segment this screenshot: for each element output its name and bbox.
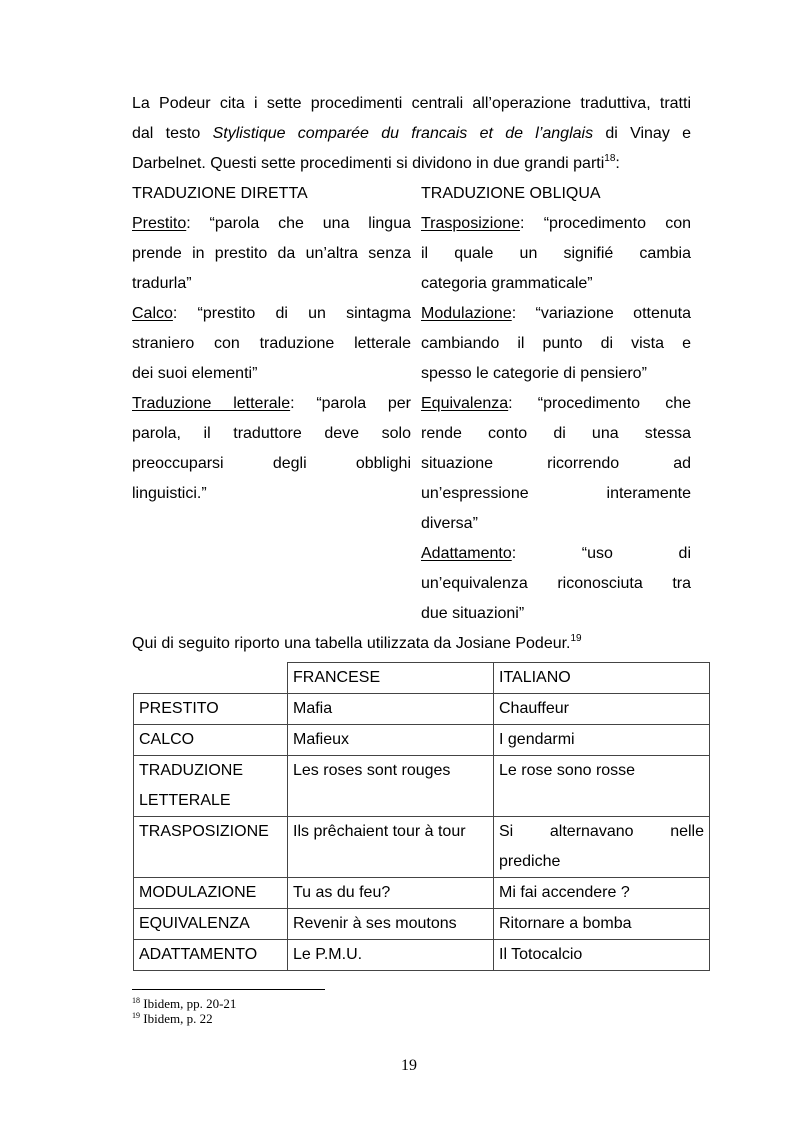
cell-italiano: Ritornare a bomba [494,909,710,940]
term-equivalenza: Equivalenza [421,395,508,412]
heading-traduzione-obliqua: TRADUZIONE OBLIQUA [421,184,691,204]
intro-text-3: Darbelnet. Questi sette procedimenti si … [132,155,604,172]
equivalenza-line-5: diversa” [421,514,691,534]
heading-traduzione-diretta: TRADUZIONE DIRETTA [132,184,411,204]
prestito-line-3: tradurla” [132,274,411,294]
equivalenza-line-3: situazione ricorrendo ad [421,454,691,474]
header-cell-italiano: ITALIANO [494,663,710,694]
cell-italiano: I gendarmi [494,725,710,756]
cell-francese: Tu as du feu? [288,878,494,909]
adattamento-line-2: un’equivalenza riconosciuta tra [421,574,691,594]
term-adattamento: Adattamento [421,545,512,562]
footnote-ref-18[interactable]: 18 [604,153,615,164]
cell-francese: Ils prêchaient tour à tour [288,817,494,878]
row-label: TRADUZIONELETTERALE [134,756,288,817]
procedures-table: FRANCESE ITALIANO PRESTITO Mafia Chauffe… [133,662,710,971]
cell-text-line-1: Si alternavano nelle [499,817,704,847]
def-text: : “procedimento che [508,395,691,412]
footnote-number: 19 [132,1011,140,1020]
cell-francese: Mafieux [288,725,494,756]
cell-italiano: Le rose sono rosse [494,756,710,817]
row-label: PRESTITO [134,694,288,725]
footnote-separator [132,989,325,990]
cell-italiano: Mi fai accendere ? [494,878,710,909]
footnote-text: Ibidem, pp. 20-21 [143,996,236,1011]
modulazione-line-2: cambiando il punto di vista e [421,334,691,354]
calco-line-2: straniero con traduzione letterale [132,334,411,354]
adattamento-line-3: due situazioni” [421,604,691,624]
book-title: Stylistique comparée du francais et de l… [213,125,594,142]
prestito-line-1: Prestito: “parola che una lingua [132,214,411,234]
term-trasposizione: Trasposizione [421,215,520,232]
letterale-line-1: Traduzione letterale: “parola per [132,394,411,414]
term-prestito: Prestito [132,215,186,232]
letterale-line-2: parola, il traduttore deve solo [132,424,411,444]
cell-text-line-2: prediche [499,853,560,870]
intro-colon: : [615,155,619,172]
footnote-ref-19[interactable]: 19 [571,633,582,644]
def-text: : “variazione ottenuta [512,305,691,322]
header-cell-empty [134,663,288,694]
cell-italiano: Si alternavano nelleprediche [494,817,710,878]
equivalenza-line-1: Equivalenza: “procedimento che [421,394,691,414]
footnote-18: 18 Ibidem, pp. 20-21 [132,997,236,1011]
table-intro: Qui di seguito riporto una tabella utili… [132,634,582,654]
table-row: PRESTITO Mafia Chauffeur [134,694,710,725]
table-header-row: FRANCESE ITALIANO [134,663,710,694]
def-text: : “parola che una lingua [186,215,411,232]
row-label: ADATTAMENTO [134,940,288,971]
equivalenza-line-4: un’espressione interamente [421,484,691,504]
letterale-line-4: linguistici.” [132,484,411,504]
footnote-19: 19 Ibidem, p. 22 [132,1012,213,1026]
calco-line-3: dei suoi elementi” [132,364,411,384]
trasposizione-line-2: il quale un signifié cambia [421,244,691,264]
row-label-text: TRADUZIONELETTERALE [139,762,243,809]
def-text: : “uso di [512,545,691,562]
letterale-line-3: preoccuparsi degli obblighi [132,454,411,474]
intro-line-1: La Podeur cita i sette procedimenti cent… [132,94,691,114]
table-row: EQUIVALENZA Revenir à ses moutons Ritorn… [134,909,710,940]
equivalenza-line-2: rende conto di una stessa [421,424,691,444]
prestito-line-2: prende in prestito da un’altra senza [132,244,411,264]
intro-text-1: La Podeur cita i sette procedimenti cent… [132,95,691,112]
cell-francese: Mafia [288,694,494,725]
cell-francese: Les roses sont rouges [288,756,494,817]
table-row: TRADUZIONELETTERALE Les roses sont rouge… [134,756,710,817]
intro-line-2: dal testo Stylistique comparée du franca… [132,124,691,144]
intro-text-2a: dal testo [132,125,213,142]
def-text: : “procedimento con [520,215,691,232]
row-label: CALCO [134,725,288,756]
cell-italiano: Chauffeur [494,694,710,725]
cell-francese: Revenir à ses moutons [288,909,494,940]
row-label: TRASPOSIZIONE [134,817,288,878]
footnote-number: 18 [132,996,140,1005]
term-modulazione: Modulazione [421,305,512,322]
table-row: ADATTAMENTO Le P.M.U. Il Totocalcio [134,940,710,971]
modulazione-line-1: Modulazione: “variazione ottenuta [421,304,691,324]
table-intro-text: Qui di seguito riporto una tabella utili… [132,635,571,652]
calco-line-1: Calco: “prestito di un sintagma [132,304,411,324]
page-number: 19 [0,1057,793,1075]
intro-text-2b: di Vinay e [593,125,691,142]
def-text: : “parola per [290,395,411,412]
footnote-text: Ibidem, p. 22 [143,1011,212,1026]
term-traduzione-letterale: Traduzione letterale [132,395,290,412]
table-row: MODULAZIONE Tu as du feu? Mi fai accende… [134,878,710,909]
term-calco: Calco [132,305,173,322]
header-cell-francese: FRANCESE [288,663,494,694]
cell-francese: Le P.M.U. [288,940,494,971]
table-row: CALCO Mafieux I gendarmi [134,725,710,756]
cell-italiano: Il Totocalcio [494,940,710,971]
modulazione-line-3: spesso le categorie di pensiero” [421,364,691,384]
trasposizione-line-1: Trasposizione: “procedimento con [421,214,691,234]
intro-line-3: Darbelnet. Questi sette procedimenti si … [132,154,620,174]
table-row: TRASPOSIZIONE Ils prêchaient tour à tour… [134,817,710,878]
row-label: EQUIVALENZA [134,909,288,940]
def-text: : “prestito di un sintagma [173,305,411,322]
adattamento-line-1: Adattamento: “uso di [421,544,691,564]
trasposizione-line-3: categoria grammaticale” [421,274,691,294]
row-label: MODULAZIONE [134,878,288,909]
